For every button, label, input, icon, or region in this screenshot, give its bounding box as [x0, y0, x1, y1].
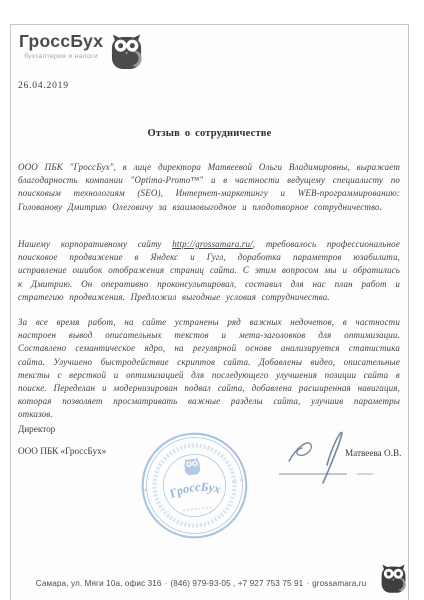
- paragraph-work-results: За все время работ, на сайте устранены р…: [18, 316, 400, 422]
- owl-footer-icon: [380, 563, 407, 594]
- scanned-letter-page: ГроссБух бухгалтерия и налоги 26.04.2019…: [10, 24, 409, 600]
- footer-website: grossamara.ru: [312, 579, 366, 588]
- paragraph-site-needs: Нашему корпоративному сайту http://gross…: [18, 238, 400, 304]
- stamp-brand-text: ГроссБух: [166, 477, 224, 502]
- svg-text:*: *: [144, 487, 149, 495]
- brand-name: ГроссБух: [19, 33, 103, 51]
- brand-tagline: бухгалтерия и налоги: [19, 53, 103, 60]
- brand-block: ГроссБух бухгалтерия и налоги: [19, 33, 103, 60]
- letter-date: 26.04.2019: [18, 81, 69, 91]
- paragraph-gratitude: ООО ПБК "ГроссБух", в лице директора Мат…: [18, 161, 400, 214]
- footer-separator: ·: [306, 579, 309, 588]
- footer-address: Самара, ул. Мяги 10а, офис 316: [36, 579, 162, 588]
- footer-separator: ·: [165, 579, 168, 588]
- letterhead: ГроссБух бухгалтерия и налоги: [19, 33, 143, 70]
- corporate-site-link: http://grossamara.ru/: [172, 239, 253, 249]
- footer-phones: (846) 979-93-05 , +7 927 753 75 91: [170, 579, 303, 588]
- owl-logo-icon: [110, 33, 143, 70]
- footer-contacts: Самара, ул. Мяги 10а, офис 316·(846) 979…: [21, 579, 381, 588]
- paragraph-site-needs-before: Нашему корпоративному сайту: [18, 239, 172, 249]
- signer-name: Матвеева О.В.: [345, 448, 401, 458]
- director-role: Директор: [18, 424, 55, 434]
- letter-title: Отзыв о сотрудничестве: [11, 128, 408, 139]
- company-stamp: * * ГроссБух: [138, 429, 251, 542]
- director-company: ООО ПБК «ГроссБух»: [18, 446, 106, 456]
- svg-text:ГроссБух: ГроссБух: [166, 477, 224, 502]
- svg-text:*: *: [239, 477, 244, 485]
